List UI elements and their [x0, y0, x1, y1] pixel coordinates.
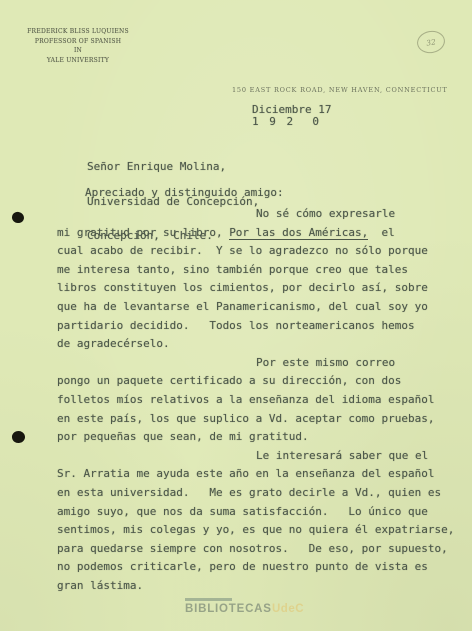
- watermark-udec: UdeC: [272, 603, 304, 615]
- letterhead-university: YALE UNIVERSITY: [22, 56, 134, 66]
- body-line: por pequeñas que sean, de mi gratitud.: [57, 428, 467, 447]
- body-line: de agradecérselo.: [57, 335, 467, 354]
- body-line: Le interesará saber que el: [57, 447, 467, 466]
- body-text: mi gratitud por su libro,: [57, 226, 229, 239]
- body-line: me interesa tanto, sino también porque c…: [57, 261, 467, 280]
- body-line: partidario decidido. Todos los norteamer…: [57, 317, 467, 336]
- body-text: el: [368, 226, 395, 239]
- archival-number-circle: 32: [415, 29, 446, 56]
- date-year: 1 9 2 0: [252, 115, 321, 128]
- body-line: folletos míos relativos a la enseñanza d…: [57, 391, 467, 410]
- body-line: mi gratitud por su libro, Por las dos Am…: [57, 224, 467, 243]
- body-line: en esta universidad. Me es grato decirle…: [57, 484, 467, 503]
- letterhead: FREDERICK BLISS LUQUIENS PROFESSOR OF SP…: [22, 27, 134, 65]
- body-line: amigo suyo, que nos da suma satisfacción…: [57, 503, 467, 522]
- body-line: cual acabo de recibir. Y se lo agradezco…: [57, 242, 467, 261]
- recipient-name: Señor Enrique Molina,: [87, 161, 259, 173]
- letterhead-title: PROFESSOR OF SPANISH: [22, 37, 134, 47]
- punch-hole-top: [11, 211, 25, 224]
- punch-hole-bottom: [11, 430, 26, 444]
- body-line: que ha de levantarse el Panamericanismo,…: [57, 298, 467, 317]
- book-title-underlined: Por las dos Américas,: [229, 226, 368, 241]
- body-line: no podemos criticarle, pero de nuestro p…: [57, 558, 467, 577]
- body-line: gran lástima.: [57, 577, 467, 596]
- archival-number: 32: [426, 37, 437, 48]
- scanned-letter-page: FREDERICK BLISS LUQUIENS PROFESSOR OF SP…: [0, 0, 472, 631]
- body-line: pongo un paquete certificado a su direcc…: [57, 372, 467, 391]
- watermark-bar: [185, 598, 232, 601]
- body-line: sentimos, mis colegas y yo, es que no qu…: [57, 521, 467, 540]
- body-line: Por este mismo correo: [57, 354, 467, 373]
- body-line: libros constituyen los cimientos, por de…: [57, 279, 467, 298]
- body-line: No sé cómo expresarle: [57, 205, 467, 224]
- sender-address: 150 EAST ROCK ROAD, NEW HAVEN, CONNECTIC…: [232, 86, 448, 94]
- body-line: Sr. Arratia me ayuda este año en la ense…: [57, 465, 467, 484]
- watermark-bibliotecas: BIBLIOTECAS: [185, 603, 272, 615]
- body-line: en este país, los que suplico a Vd. acep…: [57, 410, 467, 429]
- letterhead-name: FREDERICK BLISS LUQUIENS: [22, 27, 134, 37]
- letter-body: No sé cómo expresarle mi gratitud por su…: [57, 205, 467, 595]
- letterhead-in: IN: [22, 46, 134, 56]
- body-line: para quedarse siempre con nosotros. De e…: [57, 540, 467, 559]
- salutation: Apreciado y distinguido amigo:: [85, 186, 284, 199]
